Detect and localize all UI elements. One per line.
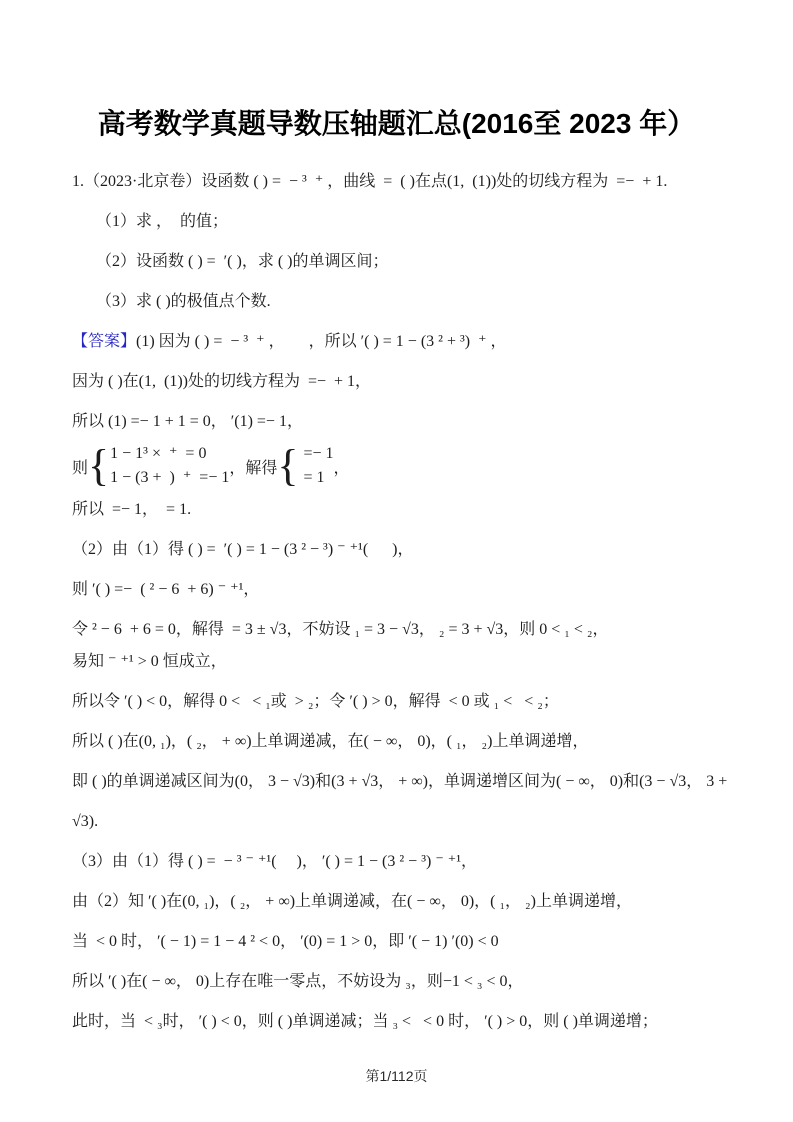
equation-system-1-row-2: 1 − (3 + ) ⁺ =− 1 <box>110 466 229 490</box>
answer-paragraph-1-text: (1) 因为 ( ) = − ³ ⁺ ， ，所以 ′( ) = 1 − (3 ²… <box>136 333 507 350</box>
cases-mid: ，解得 <box>229 455 277 478</box>
equation-system-line: 则 { 1 − 1³ × ⁺ = 0 1 − (3 + ) ⁺ =− 1 ，解得… <box>72 442 738 490</box>
document-page: 高考数学真题导数压轴题汇总(2016至 2023 年） 1.（2023·北京卷）… <box>0 104 793 1042</box>
answer-paragraph-3: 所以 (1) =− 1 + 1 = 0， ′(1) =− 1， <box>72 402 738 442</box>
equation-system-2-row-2: = 1 <box>299 466 333 490</box>
answer-paragraph-6: 则 ′( ) =− ( ² − 6 + 6) ⁻ ⁺¹， <box>72 570 738 610</box>
equation-system-1: 1 − 1³ × ⁺ = 0 1 − (3 + ) ⁺ =− 1 <box>110 442 229 490</box>
problem-part-3: （3）求 ( )的极值点个数. <box>72 282 738 322</box>
page-title: 高考数学真题导数压轴题汇总(2016至 2023 年） <box>40 104 753 144</box>
left-brace-icon: { <box>277 442 298 490</box>
equation-system-2: =− 1 = 1 <box>299 442 333 490</box>
answer-paragraph-10: 所以 ( )在(0, ₁)，( ₂， + ∞)上单调递减，在( − ∞， 0)，… <box>72 722 738 762</box>
answer-label: 【答案】 <box>72 333 136 350</box>
problem-statement: 1.（2023·北京卷）设函数 ( ) = − ³ ⁺ ，曲线 = ( )在点(… <box>72 162 738 202</box>
answer-paragraph-13: 由（2）知 ′( )在(0, ₁)，( ₂， + ∞)上单调递减，在( − ∞，… <box>72 882 738 922</box>
answer-paragraph-2: 因为 ( )在(1, (1))处的切线方程为 =− + 1， <box>72 362 738 402</box>
left-brace-icon: { <box>88 442 109 490</box>
answer-paragraph-4: 所以 =− 1， = 1. <box>72 490 738 530</box>
answer-paragraph-1: 【答案】(1) 因为 ( ) = − ³ ⁺ ， ，所以 ′( ) = 1 − … <box>72 322 738 362</box>
problem-part-1: （1）求 ， 的值； <box>72 202 738 242</box>
page-number: 第1/112页 <box>0 1066 793 1086</box>
equation-system-2-row-1: =− 1 <box>299 442 333 466</box>
answer-paragraph-9: 所以令 ′( ) < 0，解得 0 < < ₁或 > ₂；令 ′( ) > 0，… <box>72 682 738 722</box>
answer-paragraph-15: 所以 ′( )在( − ∞， 0)上存在唯一零点，不妨设为 ₃，则−1 < ₃ … <box>72 962 738 1002</box>
problem-part-2: （2）设函数 ( ) = ′( )，求 ( )的单调区间； <box>72 242 738 282</box>
document-body: 1.（2023·北京卷）设函数 ( ) = − ³ ⁺ ，曲线 = ( )在点(… <box>72 162 738 1042</box>
answer-paragraph-12: （3）由（1）得 ( ) = − ³ ⁻ ⁺¹( )， ′( ) = 1 − (… <box>72 842 738 882</box>
equation-system-1-row-1: 1 − 1³ × ⁺ = 0 <box>110 442 229 466</box>
answer-paragraph-16: 此时，当 < ₃时， ′( ) < 0，则 ( )单调递减；当 ₃ < < 0 … <box>72 1002 738 1042</box>
answer-paragraph-11: 即 ( )的单调递减区间为(0， 3 − √3)和(3 + √3， + ∞)，单… <box>72 762 738 842</box>
answer-paragraph-14: 当 < 0 时， ′( − 1) = 1 − 4 ² < 0， ′(0) = 1… <box>72 922 738 962</box>
cases-suffix: ， <box>334 455 350 478</box>
cases-prefix: 则 <box>72 455 88 478</box>
answer-paragraph-5: （2）由（1）得 ( ) = ′( ) = 1 − (3 ² − ³) ⁻ ⁺¹… <box>72 530 738 570</box>
